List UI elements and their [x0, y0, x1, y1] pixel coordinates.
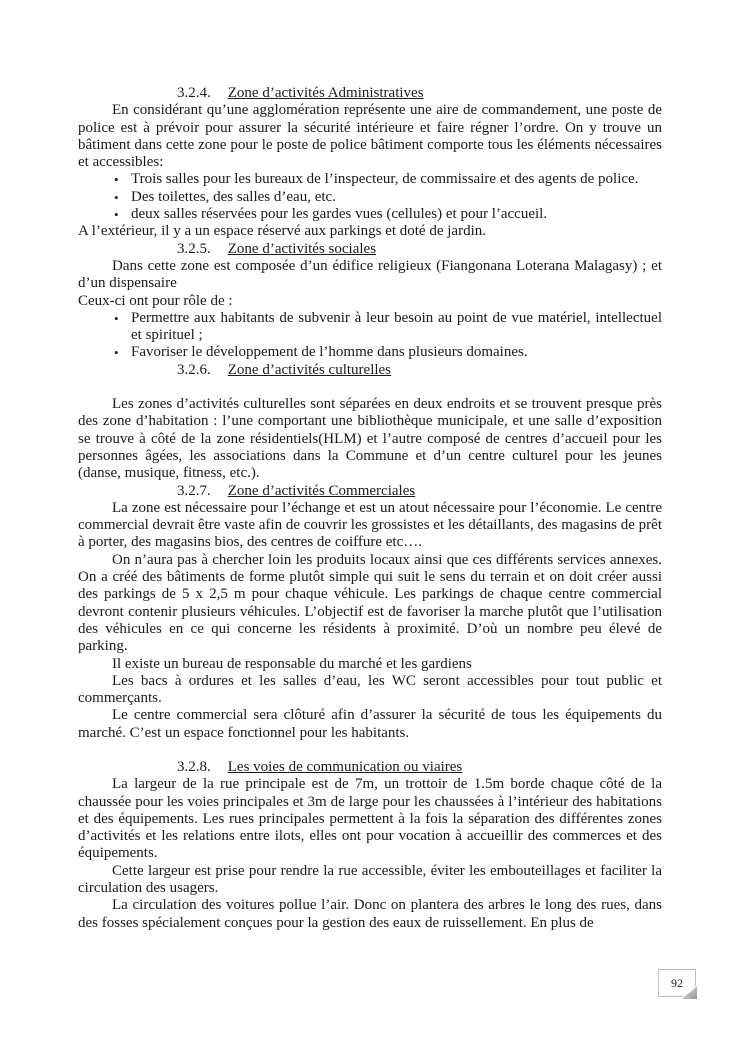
document-content: 3.2.4.Zone d’activités Administratives E… [78, 85, 662, 932]
page-number-box: 92 [658, 969, 696, 997]
bullet-icon: • [114, 310, 131, 345]
bullet-text: Trois salles pour les bureaux de l’inspe… [131, 171, 662, 188]
section-zone-administratives: 3.2.4.Zone d’activités Administratives E… [78, 85, 662, 241]
bullet-item: • Favoriser le développement de l’homme … [78, 344, 662, 361]
paragraph: On n’aura pas à chercher loin les produi… [78, 552, 662, 656]
paragraph: Le centre commercial sera clôturé afin d… [78, 707, 662, 742]
section-heading: 3.2.6.Zone d’activités culturelles [177, 362, 662, 379]
bullet-text: deux salles réservées pour les gardes vu… [131, 206, 662, 223]
paragraph: Ceux-ci ont pour rôle de : [78, 293, 662, 310]
heading-title: Zone d’activités Commerciales [228, 483, 415, 499]
paragraph: A l’extérieur, il y a un espace réservé … [78, 223, 662, 240]
paragraph: Cette largeur est prise pour rendre la r… [78, 863, 662, 898]
heading-number: 3.2.6. [177, 362, 211, 378]
paragraph: La zone est nécessaire pour l’échange et… [78, 500, 662, 552]
heading-title: Zone d’activités sociales [228, 241, 376, 257]
paragraph: Les bacs à ordures et les salles d’eau, … [78, 673, 662, 708]
heading-title: Zone d’activités culturelles [228, 362, 391, 378]
section-heading: 3.2.7.Zone d’activités Commerciales [177, 483, 662, 500]
section-heading: 3.2.8.Les voies de communication ou viai… [177, 759, 662, 776]
bullet-text: Permettre aux habitants de subvenir à le… [131, 310, 662, 345]
section-zone-commerciales: 3.2.7.Zone d’activités Commerciales La z… [78, 483, 662, 742]
section-voies-communication: 3.2.8.Les voies de communication ou viai… [78, 759, 662, 932]
bullet-icon: • [114, 171, 131, 188]
heading-title: Zone d’activités Administratives [228, 85, 424, 101]
paragraph: Dans cette zone est composée d’un édific… [78, 258, 662, 293]
paragraph: Il existe un bureau de responsable du ma… [78, 656, 662, 673]
heading-number: 3.2.4. [177, 85, 211, 101]
bullet-item: • deux salles réservées pour les gardes … [78, 206, 662, 223]
bullet-list: • Trois salles pour les bureaux de l’ins… [78, 171, 662, 223]
paragraph: Les zones d’activités culturelles sont s… [78, 396, 662, 482]
bullet-text: Favoriser le développement de l’homme da… [131, 344, 662, 361]
heading-number: 3.2.8. [177, 759, 211, 775]
heading-number: 3.2.7. [177, 483, 211, 499]
heading-number: 3.2.5. [177, 241, 211, 257]
bullet-text: Des toilettes, des salles d’eau, etc. [131, 189, 662, 206]
bullet-icon: • [114, 189, 131, 206]
bullet-icon: • [114, 206, 131, 223]
paragraph: En considérant qu’une agglomération repr… [78, 102, 662, 171]
bullet-icon: • [114, 344, 131, 361]
section-heading: 3.2.4.Zone d’activités Administratives [177, 85, 662, 102]
document-page: 3.2.4.Zone d’activités Administratives E… [0, 0, 745, 1053]
bullet-item: • Permettre aux habitants de subvenir à … [78, 310, 662, 345]
section-zone-culturelles: 3.2.6.Zone d’activités culturelles Les z… [78, 362, 662, 483]
section-heading: 3.2.5.Zone d’activités sociales [177, 241, 662, 258]
section-zone-sociales: 3.2.5.Zone d’activités sociales Dans cet… [78, 241, 662, 362]
paragraph: La circulation des voitures pollue l’air… [78, 897, 662, 932]
bullet-list: • Permettre aux habitants de subvenir à … [78, 310, 662, 362]
bullet-item: • Des toilettes, des salles d’eau, etc. [78, 189, 662, 206]
paragraph: La largeur de la rue principale est de 7… [78, 776, 662, 862]
bullet-item: • Trois salles pour les bureaux de l’ins… [78, 171, 662, 188]
heading-title: Les voies de communication ou viaires [228, 759, 463, 775]
